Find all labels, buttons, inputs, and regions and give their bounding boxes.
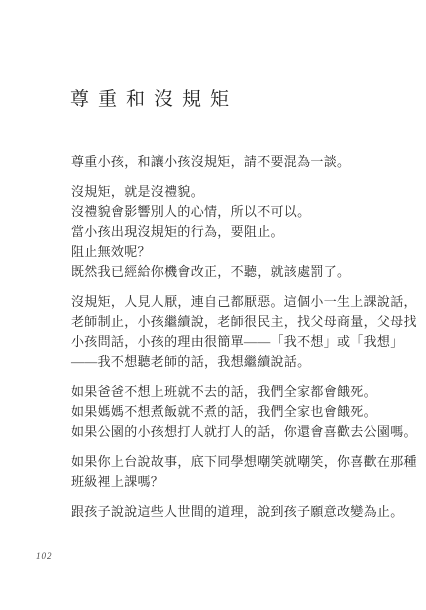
text-line: 老師制止，小孩繼續說，老師很民主，找父母商量，父母找 — [71, 312, 406, 332]
body-text: 尊重小孩，和讓小孩沒規矩，請不要混為一談。沒規矩，就是沒禮貌。沒禮貌會影響別人的… — [71, 152, 406, 532]
paragraph: 跟孩子說說這些人世間的道理，說到孩子願意改變為止。 — [71, 502, 406, 522]
text-line: 尊重小孩，和讓小孩沒規矩，請不要混為一談。 — [71, 152, 406, 172]
paragraph: 尊重小孩，和讓小孩沒規矩，請不要混為一談。 — [71, 152, 406, 172]
text-line: ——我不想聽老師的話，我想繼續說話。 — [71, 352, 406, 372]
text-line: 班級裡上課嗎？ — [71, 472, 406, 492]
paragraph: 如果你上台說故事，底下同學想嘲笑就嘲笑，你喜歡在那種班級裡上課嗎？ — [71, 452, 406, 492]
chapter-title: 尊重和沒規矩 — [70, 84, 238, 111]
paragraph: 沒規矩，就是沒禮貌。沒禮貌會影響別人的心情，所以不可以。當小孩出現沒規矩的行為，… — [71, 182, 406, 282]
text-line: 既然我已經給你機會改正，不聽，就該處罰了。 — [71, 262, 406, 282]
text-line: 如果爸爸不想上班就不去的話，我們全家都會餓死。 — [71, 382, 406, 402]
page-number: 102 — [36, 551, 53, 561]
text-line: 如果公園的小孩想打人就打人的話，你還會喜歡去公園嗎。 — [71, 422, 406, 442]
text-line: 如果媽媽不想煮飯就不煮的話，我們全家也會餓死。 — [71, 402, 406, 422]
text-line: 沒禮貌會影響別人的心情，所以不可以。 — [71, 202, 406, 222]
text-line: 小孩問話，小孩的理由很簡單——「我不想」或「我想」 — [71, 332, 406, 352]
text-line: 沒規矩，就是沒禮貌。 — [71, 182, 406, 202]
text-line: 當小孩出現沒規矩的行為，要阻止。 — [71, 222, 406, 242]
book-page: 尊重和沒規矩 尊重小孩，和讓小孩沒規矩，請不要混為一談。沒規矩，就是沒禮貌。沒禮… — [0, 0, 426, 610]
text-line: 沒規矩，人見人厭，連自己都厭惡。這個小一生上課說話， — [71, 292, 406, 312]
paragraph: 沒規矩，人見人厭，連自己都厭惡。這個小一生上課說話，老師制止，小孩繼續說，老師很… — [71, 292, 406, 372]
text-line: 跟孩子說說這些人世間的道理，說到孩子願意改變為止。 — [71, 502, 406, 522]
paragraph: 如果爸爸不想上班就不去的話，我們全家都會餓死。如果媽媽不想煮飯就不煮的話，我們全… — [71, 382, 406, 442]
text-line: 如果你上台說故事，底下同學想嘲笑就嘲笑，你喜歡在那種 — [71, 452, 406, 472]
text-line: 阻止無效呢？ — [71, 242, 406, 262]
